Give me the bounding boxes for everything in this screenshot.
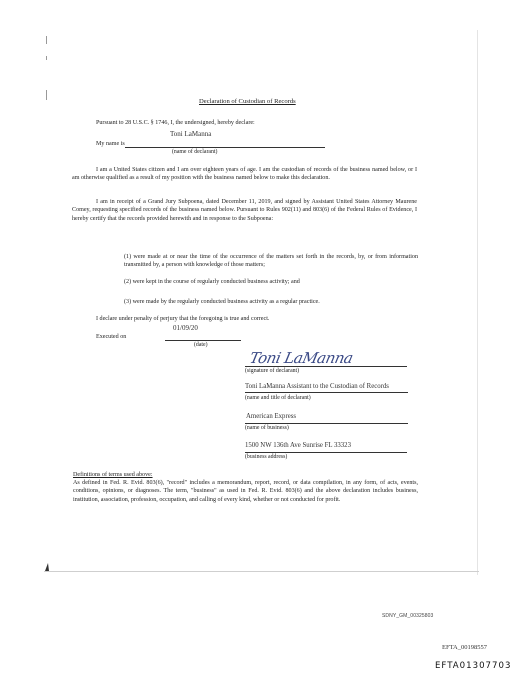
margin-mark <box>46 90 47 100</box>
definitions-text: As defined in Fed. R. Evid. 803(6), "rec… <box>73 479 418 504</box>
paragraph-citizenship: I am a United States citizen and I am ov… <box>72 166 417 183</box>
declarant-name: Toni LaManna <box>170 130 211 138</box>
name-title-value: Toni LaManna Assistant to the Custodian … <box>245 383 389 390</box>
name-title-line <box>245 392 408 393</box>
item-2: (2) were kept in the course of regularly… <box>124 278 300 286</box>
address-caption: (business address) <box>245 454 287 460</box>
perjury-declaration: I declare under penalty of perjury that … <box>96 315 269 323</box>
bates-efta-small: EFTA_00198557 <box>442 644 487 651</box>
executed-label: Executed on <box>96 333 126 341</box>
margin-mark <box>46 36 47 44</box>
item-3: (3) were made by the regularly conducted… <box>124 298 320 306</box>
margin-mark <box>46 56 47 60</box>
signature: Toni LaManna <box>248 349 354 367</box>
corner-mark <box>45 563 49 571</box>
bates-sdny: SDNY_GM_00325803 <box>382 613 433 619</box>
date-line <box>165 340 241 341</box>
paragraph-subpoena: I am in receipt of a Grand Jury Subpoena… <box>72 198 417 223</box>
page-edge-bottom <box>44 571 479 572</box>
executed-date: 01/09/20 <box>173 324 198 332</box>
intro-text: Pursuant to 28 U.S.C. § 1746, I, the und… <box>96 119 255 127</box>
name-caption: (name of declarant) <box>172 149 217 155</box>
date-caption: (date) <box>194 342 208 348</box>
page-edge-right <box>477 30 478 575</box>
business-value: American Express <box>246 413 296 420</box>
name-line <box>125 147 325 148</box>
name-title-caption: (name and title of declarant) <box>245 395 311 401</box>
business-caption: (name of business) <box>245 425 289 431</box>
address-line <box>245 452 407 453</box>
bates-efta-large: EFTA01307703 <box>435 661 511 671</box>
item-1: (1) were made at or near the time of the… <box>124 253 418 270</box>
document-title: Declaration of Custodian of Records <box>199 98 296 106</box>
business-line <box>245 423 408 424</box>
signature-line <box>245 366 407 367</box>
signature-caption: (signature of declarant) <box>245 368 299 374</box>
name-label: My name is <box>96 140 125 148</box>
address-value: 1500 NW 136th Ave Sunrise FL 33323 <box>245 442 351 449</box>
